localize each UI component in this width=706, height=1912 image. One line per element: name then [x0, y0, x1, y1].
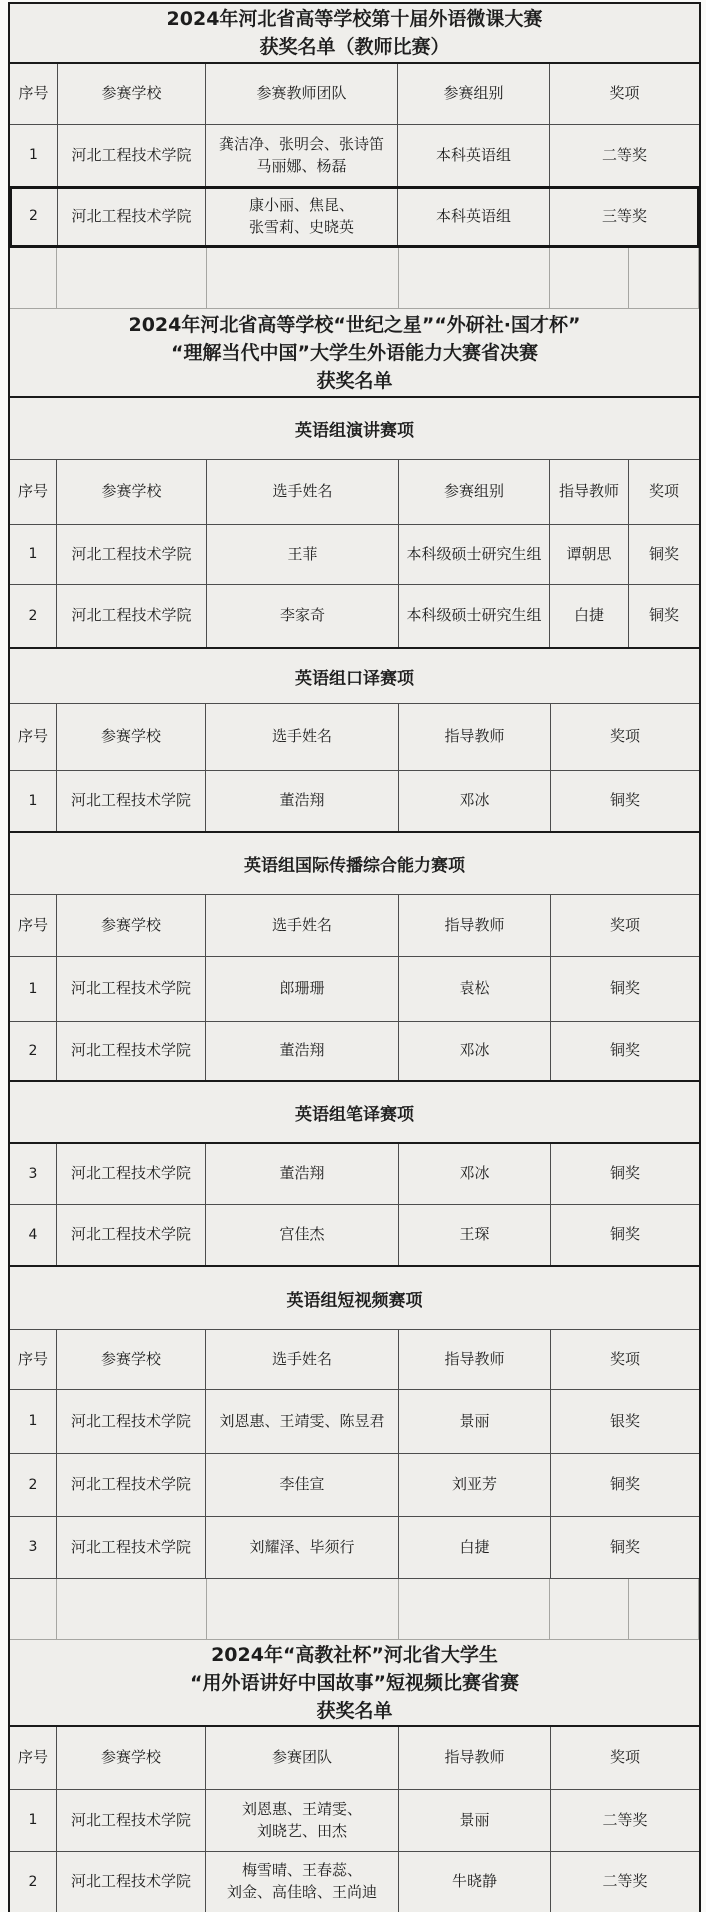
section-title-text: 英语组国际传播综合能力赛项: [244, 851, 465, 876]
table-row-selected: 2 河北工程技术学院 康小丽、焦昆、 张雪莉、史晓英 本科英语组 三等奖: [10, 187, 699, 247]
table-row: 2 河北工程技术学院 李佳宣 刘亚芳 铜奖: [10, 1454, 699, 1517]
cell-school: 河北工程技术学院: [57, 957, 206, 1021]
table3-title-line3: 获奖名单: [316, 1697, 392, 1725]
empty-cell: [550, 247, 629, 308]
cell-index: 3: [10, 1144, 57, 1204]
cell-school: 河北工程技术学院: [57, 585, 207, 647]
table2-title: 2024年河北省高等学校“世纪之星”“外研社·国才杯” “理解当代中国”大学生外…: [10, 309, 699, 398]
cell-teacher: 景丽: [399, 1390, 551, 1453]
cell-award: 二等奖: [551, 1852, 699, 1912]
section-title-speech: 英语组演讲赛项: [10, 398, 699, 460]
cell-player: 宫佳杰: [206, 1205, 399, 1265]
cell-player: 李家奇: [207, 585, 399, 647]
cell-award: 三等奖: [550, 187, 699, 246]
column-header: 参赛组别: [399, 460, 550, 524]
empty-cell: [57, 247, 207, 308]
table-row: 1 河北工程技术学院 董浩翔 邓冰 铜奖: [10, 771, 699, 833]
empty-cell: [10, 1579, 57, 1639]
cell-group: 本科级硕士研究生组: [399, 585, 550, 647]
short-video-header-row: 序号 参赛学校 选手姓名 指导教师 奖项: [10, 1330, 699, 1390]
table3-header-row: 序号 参赛学校 参赛团队 指导教师 奖项: [10, 1727, 699, 1790]
empty-cell: [399, 247, 550, 308]
cell-award: 铜奖: [551, 1517, 699, 1578]
cell-teacher: 白捷: [550, 585, 629, 647]
cell-award: 铜奖: [551, 771, 699, 831]
cell-award: 铜奖: [551, 1022, 699, 1080]
column-header: 参赛教师团队: [206, 64, 398, 124]
cell-school: 河北工程技术学院: [57, 1144, 206, 1204]
cell-index: 1: [10, 957, 57, 1021]
table3-title: 2024年“高教社杯”河北省大学生 “用外语讲好中国故事”短视频比赛省赛 获奖名…: [10, 1640, 699, 1727]
cell-award: 铜奖: [629, 585, 699, 647]
section-title-text: 英语组口译赛项: [295, 664, 414, 689]
cell-teacher: 袁松: [399, 957, 551, 1021]
empty-cell: [629, 247, 699, 308]
table-row: 1 河北工程技术学院 王菲 本科级硕士研究生组 谭朝思 铜奖: [10, 525, 699, 585]
column-header: 奖项: [551, 895, 699, 956]
cell-index: 1: [10, 525, 57, 584]
cell-player: 王菲: [207, 525, 399, 584]
column-header: 参赛学校: [57, 1727, 206, 1789]
table-row: 3 河北工程技术学院 刘耀泽、毕须行 白捷 铜奖: [10, 1517, 699, 1579]
empty-cell: [629, 1579, 699, 1639]
intl-comm-header-row: 序号 参赛学校 选手姓名 指导教师 奖项: [10, 895, 699, 957]
cell-award: 铜奖: [551, 1454, 699, 1516]
cell-player: 郎珊珊: [206, 957, 399, 1021]
cell-teacher: 邓冰: [399, 771, 551, 831]
section-title-short-video: 英语组短视频赛项: [10, 1267, 699, 1330]
column-header: 奖项: [551, 1727, 699, 1789]
cell-school: 河北工程技术学院: [57, 1454, 206, 1516]
cell-teacher: 刘亚芳: [399, 1454, 551, 1516]
awards-document: 2024年河北省高等学校第十届外语微课大赛 获奖名单（教师比赛） 序号 参赛学校…: [0, 0, 706, 1912]
cell-team: 龚洁净、张明会、张诗笛 马丽娜、杨磊: [206, 125, 398, 186]
section-title-interpreting: 英语组口译赛项: [10, 649, 699, 704]
table-row: 4 河北工程技术学院 宫佳杰 王琛 铜奖: [10, 1205, 699, 1267]
table1-title-line2: 获奖名单（教师比赛）: [259, 33, 449, 61]
empty-cell: [207, 1579, 399, 1639]
cell-group: 本科级硕士研究生组: [399, 525, 550, 584]
cell-player: 刘恩惠、王靖雯、陈昱君: [206, 1390, 399, 1453]
cell-school: 河北工程技术学院: [57, 1390, 206, 1453]
column-header: 参赛组别: [398, 64, 550, 124]
table3-title-line1: 2024年“高教社杯”河北省大学生: [211, 1641, 498, 1669]
cell-index: 2: [10, 585, 57, 647]
cell-school: 河北工程技术学院: [57, 1022, 206, 1080]
table-row: 2 河北工程技术学院 梅雪晴、王春蕊、 刘金、高佳晗、王尚迪 牛晓静 二等奖: [10, 1852, 699, 1912]
spreadsheet-area: 2024年河北省高等学校第十届外语微课大赛 获奖名单（教师比赛） 序号 参赛学校…: [8, 2, 701, 1912]
empty-cell: [550, 1579, 629, 1639]
table1-header-row: 序号 参赛学校 参赛教师团队 参赛组别 奖项: [10, 64, 699, 125]
cell-index: 3: [10, 1517, 57, 1578]
column-header: 参赛学校: [57, 1330, 206, 1389]
column-header: 参赛学校: [58, 64, 206, 124]
table-row: 1 河北工程技术学院 刘恩惠、王靖雯、陈昱君 景丽 银奖: [10, 1390, 699, 1454]
column-header: 参赛学校: [57, 704, 206, 770]
table-row: 1 河北工程技术学院 郎珊珊 袁松 铜奖: [10, 957, 699, 1022]
cell-player: 董浩翔: [206, 771, 399, 831]
column-header: 奖项: [550, 64, 699, 124]
cell-player: 李佳宣: [206, 1454, 399, 1516]
cell-school: 河北工程技术学院: [58, 125, 206, 186]
cell-index: 2: [10, 1022, 57, 1080]
empty-cell: [207, 247, 399, 308]
table-row: 2 河北工程技术学院 董浩翔 邓冰 铜奖: [10, 1022, 699, 1082]
cell-teacher: 邓冰: [399, 1144, 551, 1204]
cell-school: 河北工程技术学院: [57, 1790, 206, 1851]
column-header: 序号: [10, 460, 57, 524]
section-title-text: 英语组笔译赛项: [295, 1100, 414, 1125]
table2-title-line3: 获奖名单: [316, 367, 392, 395]
cell-award: 铜奖: [551, 957, 699, 1021]
cell-index: 4: [10, 1205, 57, 1265]
speech-header-row: 序号 参赛学校 选手姓名 参赛组别 指导教师 奖项: [10, 460, 699, 525]
column-header: 选手姓名: [206, 704, 399, 770]
cell-team: 刘恩惠、王靖雯、 刘晓艺、田杰: [206, 1790, 399, 1851]
cell-index: 1: [10, 1790, 57, 1851]
table-row: 2 河北工程技术学院 李家奇 本科级硕士研究生组 白捷 铜奖: [10, 585, 699, 649]
cell-award: 二等奖: [550, 125, 699, 186]
column-header: 参赛学校: [57, 460, 207, 524]
column-header: 序号: [10, 704, 57, 770]
empty-cell: [57, 1579, 207, 1639]
interpreting-header-row: 序号 参赛学校 选手姓名 指导教师 奖项: [10, 704, 699, 771]
cell-team: 康小丽、焦昆、 张雪莉、史晓英: [206, 187, 398, 246]
table1-title: 2024年河北省高等学校第十届外语微课大赛 获奖名单（教师比赛）: [10, 4, 699, 64]
cell-teacher: 景丽: [399, 1790, 551, 1851]
cell-teacher: 谭朝思: [550, 525, 629, 584]
column-header: 奖项: [551, 704, 699, 770]
column-header: 序号: [10, 895, 57, 956]
empty-row: [10, 1579, 699, 1640]
cell-index: 1: [10, 1390, 57, 1453]
table-row: 3 河北工程技术学院 董浩翔 邓冰 铜奖: [10, 1144, 699, 1205]
column-header: 奖项: [629, 460, 699, 524]
column-header: 序号: [10, 1330, 57, 1389]
empty-cell: [399, 1579, 550, 1639]
cell-player: 刘耀泽、毕须行: [206, 1517, 399, 1578]
cell-teacher: 牛晓静: [399, 1852, 551, 1912]
table1-title-line1: 2024年河北省高等学校第十届外语微课大赛: [167, 5, 543, 33]
table-row: 1 河北工程技术学院 龚洁净、张明会、张诗笛 马丽娜、杨磊 本科英语组 二等奖: [10, 125, 699, 187]
cell-award: 银奖: [551, 1390, 699, 1453]
cell-team: 梅雪晴、王春蕊、 刘金、高佳晗、王尚迪: [206, 1852, 399, 1912]
cell-teacher: 邓冰: [399, 1022, 551, 1080]
column-header: 序号: [10, 1727, 57, 1789]
column-header: 选手姓名: [207, 460, 399, 524]
cell-index: 1: [10, 125, 58, 186]
cell-school: 河北工程技术学院: [57, 1852, 206, 1912]
cell-school: 河北工程技术学院: [58, 187, 206, 246]
table2-title-line1: 2024年河北省高等学校“世纪之星”“外研社·国才杯”: [128, 311, 580, 339]
cell-school: 河北工程技术学院: [57, 771, 206, 831]
column-header: 选手姓名: [206, 895, 399, 956]
section-title-text: 英语组演讲赛项: [295, 416, 414, 441]
column-header: 参赛学校: [57, 895, 206, 956]
cell-school: 河北工程技术学院: [57, 525, 207, 584]
cell-group: 本科英语组: [398, 125, 550, 186]
table-row: 1 河北工程技术学院 刘恩惠、王靖雯、 刘晓艺、田杰 景丽 二等奖: [10, 1790, 699, 1852]
column-header: 指导教师: [399, 1727, 551, 1789]
cell-school: 河北工程技术学院: [57, 1517, 206, 1578]
column-header: 指导教师: [550, 460, 629, 524]
cell-school: 河北工程技术学院: [57, 1205, 206, 1265]
column-header: 指导教师: [399, 704, 551, 770]
cell-award: 铜奖: [629, 525, 699, 584]
cell-award: 铜奖: [551, 1205, 699, 1265]
cell-index: 2: [10, 187, 58, 246]
section-title-intl-comm: 英语组国际传播综合能力赛项: [10, 833, 699, 895]
cell-player: 董浩翔: [206, 1144, 399, 1204]
cell-index: 2: [10, 1852, 57, 1912]
cell-award: 二等奖: [551, 1790, 699, 1851]
cell-player: 董浩翔: [206, 1022, 399, 1080]
section-title-translation: 英语组笔译赛项: [10, 1082, 699, 1144]
table2-title-line2: “理解当代中国”大学生外语能力大赛省决赛: [171, 339, 538, 367]
cell-index: 1: [10, 771, 57, 831]
column-header: 参赛团队: [206, 1727, 399, 1789]
column-header: 指导教师: [399, 895, 551, 956]
column-header: 指导教师: [399, 1330, 551, 1389]
cell-index: 2: [10, 1454, 57, 1516]
column-header: 序号: [10, 64, 58, 124]
table3-title-line2: “用外语讲好中国故事”短视频比赛省赛: [190, 1669, 519, 1697]
column-header: 奖项: [551, 1330, 699, 1389]
cell-teacher: 白捷: [399, 1517, 551, 1578]
cell-teacher: 王琛: [399, 1205, 551, 1265]
column-header: 选手姓名: [206, 1330, 399, 1389]
empty-row: [10, 247, 699, 309]
cell-group: 本科英语组: [398, 187, 550, 246]
empty-cell: [10, 247, 57, 308]
cell-award: 铜奖: [551, 1144, 699, 1204]
section-title-text: 英语组短视频赛项: [287, 1286, 423, 1311]
